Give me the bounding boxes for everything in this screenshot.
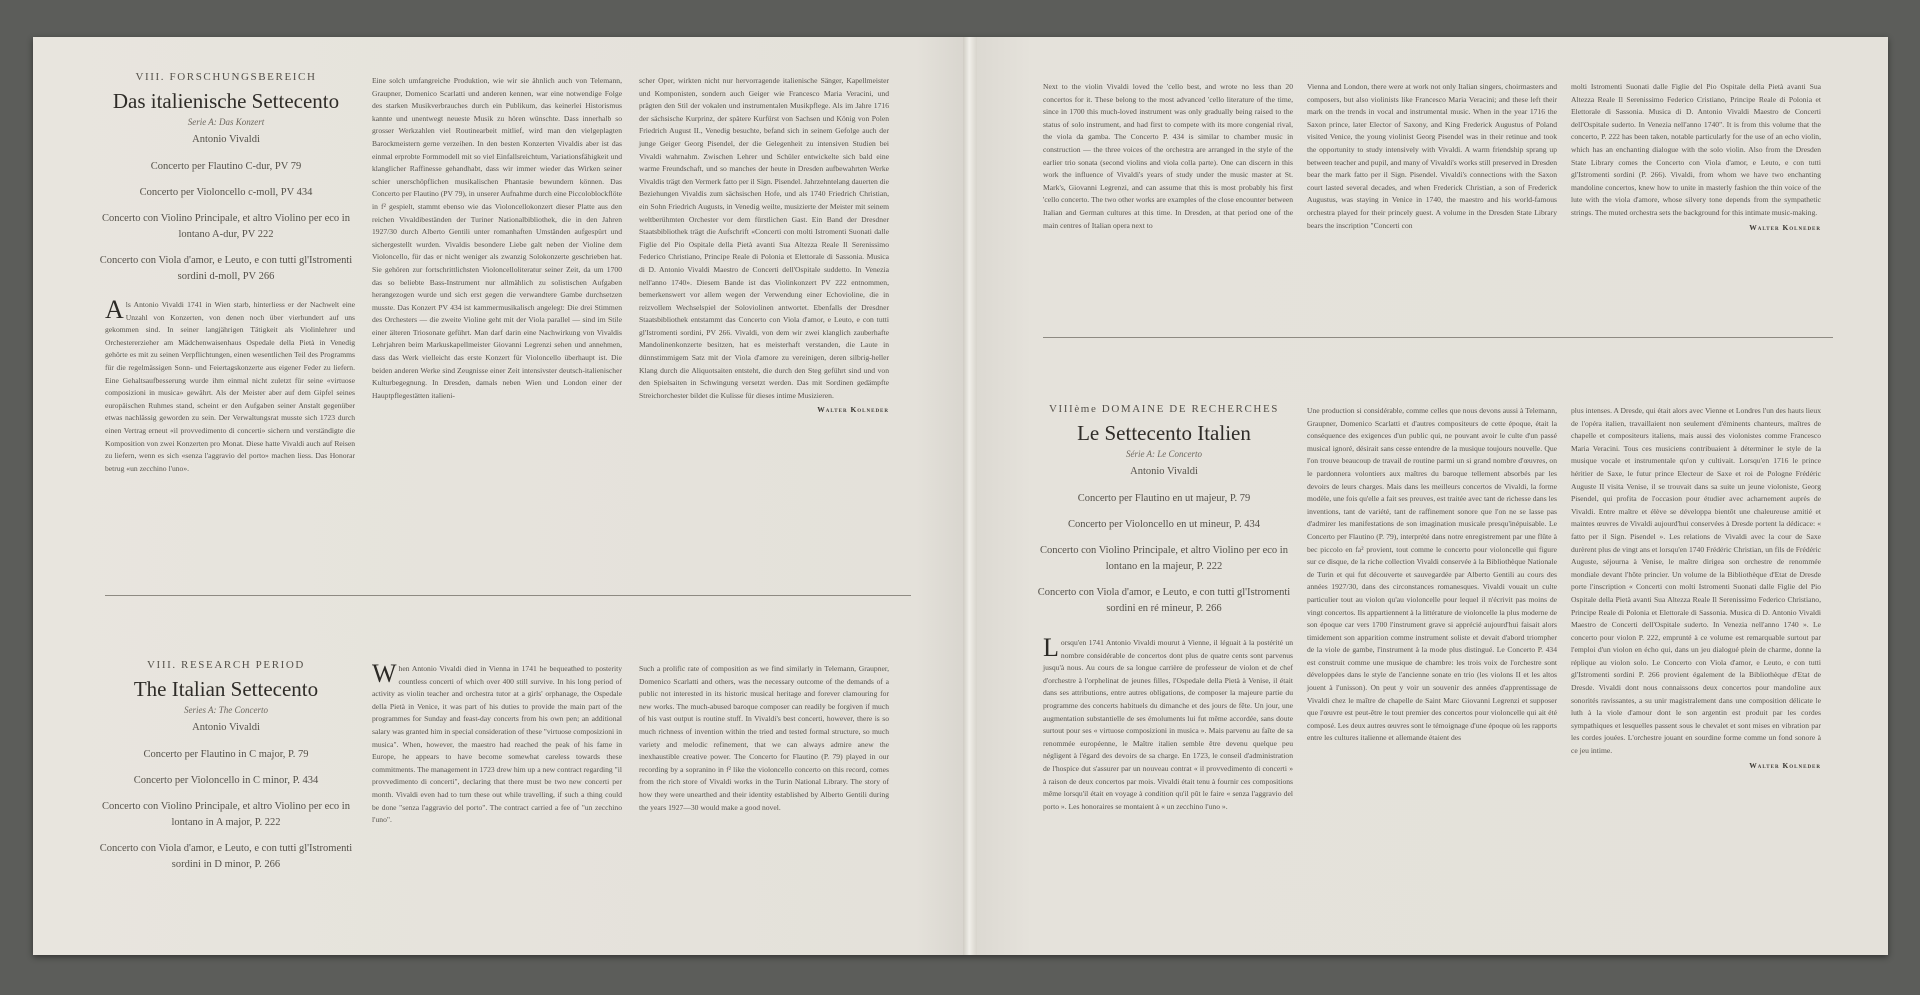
english-title: The Italian Settecento <box>91 677 361 702</box>
german-composer: Antonio Vivaldi <box>91 134 361 145</box>
english-work-1: Concerto per Flautino in C major, P. 79 <box>91 747 361 763</box>
german-column-1: Als Antonio Vivaldi 1741 in Wien starb, … <box>105 299 355 475</box>
english-work-3: Concerto con Violino Principale, et altr… <box>91 799 361 831</box>
record-sleeve-spread: VIII. FORSCHUNGSBEREICH Das italienische… <box>33 37 1888 955</box>
french-composer: Antonio Vivaldi <box>1029 466 1299 477</box>
german-period: VIII. FORSCHUNGSBEREICH <box>91 71 361 83</box>
english-column-4: Vienna and London, there were at work no… <box>1307 81 1557 232</box>
german-column-2: Eine solch umfangreiche Produktion, wie … <box>372 75 622 402</box>
french-column-1: Lorsqu'en 1741 Antonio Vivaldi mourut à … <box>1043 637 1293 813</box>
french-work-4: Concerto con Viola d'amor, e Leuto, e co… <box>1029 585 1299 617</box>
german-series: Serie A: Das Konzert <box>91 117 361 127</box>
french-column-2: Une production si considérable, comme ce… <box>1307 405 1557 745</box>
french-dropcap: L <box>1043 637 1059 659</box>
left-page: VIII. FORSCHUNGSBEREICH Das italienische… <box>33 37 963 955</box>
section-divider-left <box>105 595 911 596</box>
english-heading: VIII. RESEARCH PERIOD The Italian Settec… <box>91 659 361 873</box>
german-work-3: Concerto con Violino Principale, et altr… <box>91 211 361 243</box>
german-text-3: scher Oper, wirkten nicht nur hervorrage… <box>639 76 889 400</box>
french-title: Le Settecento Italien <box>1029 421 1299 446</box>
french-work-3: Concerto con Violino Principale, et altr… <box>1029 543 1299 575</box>
english-column-5: molti Istromenti Suonati dalle Figlie de… <box>1571 81 1821 234</box>
german-text-2: Eine solch umfangreiche Produktion, wie … <box>372 76 622 400</box>
english-period: VIII. RESEARCH PERIOD <box>91 659 361 671</box>
french-text-1: orsqu'en 1741 Antonio Vivaldi mourut à V… <box>1043 638 1293 811</box>
english-text-2: Such a prolific rate of composition as w… <box>639 664 889 812</box>
french-period: VIIIème DOMAINE DE RECHERCHES <box>1029 403 1299 415</box>
english-column-3: Next to the violin Vivaldi loved the 'ce… <box>1043 81 1293 232</box>
english-composer: Antonio Vivaldi <box>91 722 361 733</box>
french-signature: Walter Kolneder <box>1571 760 1821 773</box>
french-series: Série A: Le Concerto <box>1029 449 1299 459</box>
english-text-5: molti Istromenti Suonati dalle Figlie de… <box>1571 82 1821 217</box>
section-divider-right <box>1043 337 1833 338</box>
english-column-2: Such a prolific rate of composition as w… <box>639 663 889 814</box>
english-work-2: Concerto per Violoncello in C minor, P. … <box>91 773 361 789</box>
french-work-2: Concerto per Violoncello en ut mineur, P… <box>1029 517 1299 533</box>
english-text-1: hen Antonio Vivaldi died in Vienna in 17… <box>372 664 622 824</box>
english-signature: Walter Kolneder <box>1571 222 1821 235</box>
german-heading: VIII. FORSCHUNGSBEREICH Das italienische… <box>91 71 361 285</box>
french-text-2: Une production si considérable, comme ce… <box>1307 406 1557 742</box>
french-column-3: plus intenses. A Dresde, qui était alors… <box>1571 405 1821 772</box>
german-column-3: scher Oper, wirkten nicht nur hervorrage… <box>639 75 889 417</box>
right-page: Next to the violin Vivaldi loved the 'ce… <box>977 37 1888 955</box>
german-work-1: Concerto per Flautino C-dur, PV 79 <box>91 159 361 175</box>
french-text-3: plus intenses. A Dresde, qui était alors… <box>1571 406 1821 755</box>
french-work-1: Concerto per Flautino en ut majeur, P. 7… <box>1029 491 1299 507</box>
english-series: Series A: The Concerto <box>91 705 361 715</box>
german-dropcap: A <box>105 299 124 321</box>
german-title: Das italienische Settecento <box>91 89 361 114</box>
german-work-4: Concerto con Viola d'amor, e Leuto, e co… <box>91 253 361 285</box>
french-heading: VIIIème DOMAINE DE RECHERCHES Le Settece… <box>1029 403 1299 617</box>
sleeve-fold <box>963 37 977 955</box>
english-text-4: Vienna and London, there were at work no… <box>1307 82 1557 230</box>
english-dropcap: W <box>372 663 397 685</box>
german-signature: Walter Kolneder <box>639 404 889 417</box>
english-work-4: Concerto con Viola d'amor, e Leuto, e co… <box>91 841 361 873</box>
english-text-3: Next to the violin Vivaldi loved the 'ce… <box>1043 82 1293 230</box>
english-column-1: When Antonio Vivaldi died in Vienna in 1… <box>372 663 622 827</box>
german-work-2: Concerto per Violoncello c-moll, PV 434 <box>91 185 361 201</box>
german-text-1: ls Antonio Vivaldi 1741 in Wien starb, h… <box>105 300 355 473</box>
